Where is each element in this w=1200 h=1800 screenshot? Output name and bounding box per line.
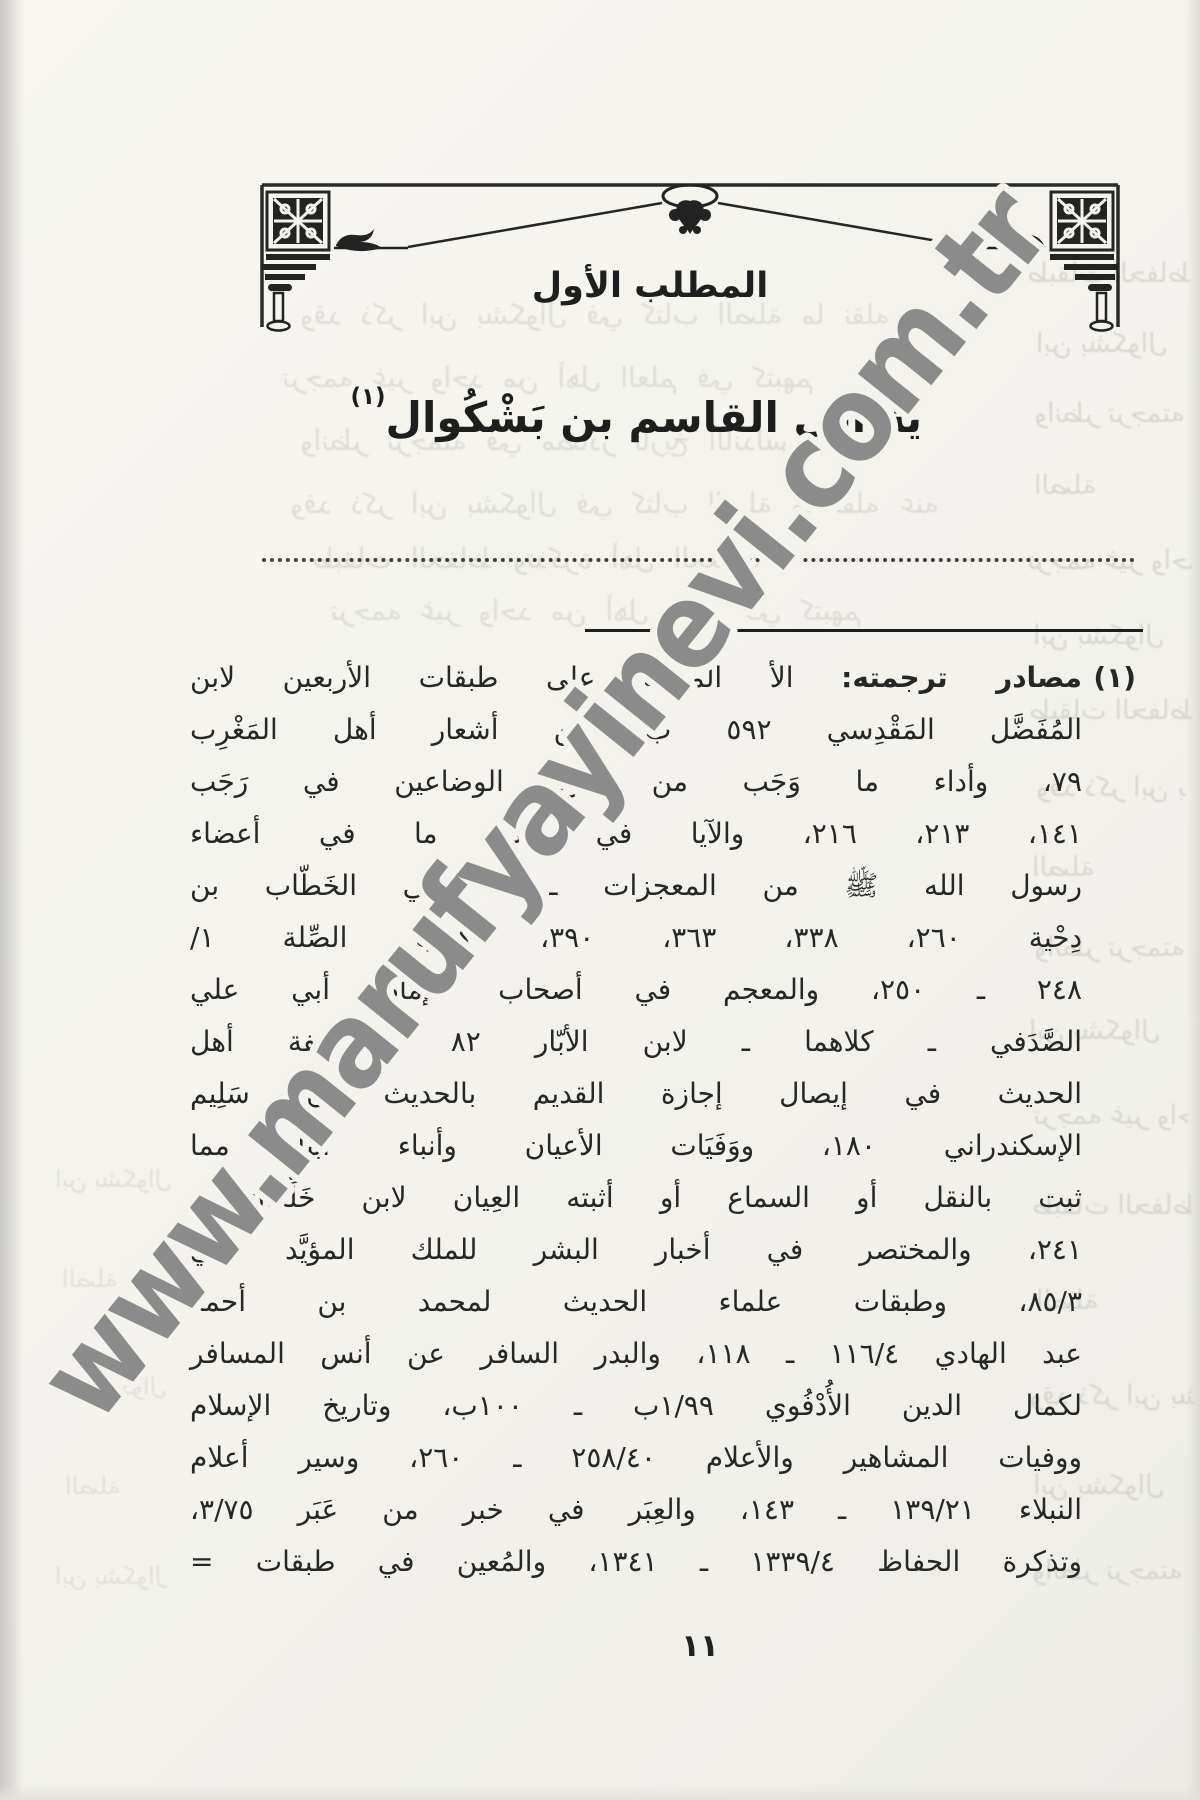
bleed-ghost-text: الصلة <box>1034 470 1184 501</box>
footnote-line: دِحْية ٢٦٠، ٣٣٨، ٣٦٣، ٣٩٠، كتاب الصِّلة … <box>190 912 1082 964</box>
footnote-line: ٢٤٨ ـ ٢٥٠، والمعجم في أصحاب الإمام أبي ع… <box>190 964 1082 1016</box>
footnote-line: رسول الله ﷺ من المعجزات ـ ـ لأبي الخَطّا… <box>190 860 1082 912</box>
footnote-line: الحديث في إيصال إجازة القديم بالحديث ن س… <box>190 1068 1082 1120</box>
scan-edge-left <box>0 0 24 1800</box>
bleed-ghost-text: الصلة <box>62 1265 167 1293</box>
footnote-line: المُفَضَّل المَقْدِسي ٥٩٢ ب من أشعار أهل… <box>190 704 1082 756</box>
footnote-marker: (١) <box>1093 652 1136 704</box>
header-ornament <box>250 175 1130 340</box>
footnote-line: وتذكرة الحفاظ ١٣٣٩/٤ ـ ١٣٤١، والمُعين في… <box>190 1536 1082 1588</box>
footnote-line: النبلاء ١٣٩/٢١ ـ ١٤٣، والعِبَر في خبر من… <box>190 1484 1082 1536</box>
chapter-title: المطلب الأول <box>300 266 1000 306</box>
bleed-ghost-text: ابن بشكوال <box>50 1372 168 1400</box>
footnote-lead: مصادر ترجمته: <box>841 661 1082 694</box>
subtitle-text: ية أبي القاسم بن بَشْكُوال <box>386 393 922 442</box>
footnote-line: لكمال الدين الأُدْفُوي ١/٩٩ب ـ ١٠٠ب، وتا… <box>190 1380 1082 1432</box>
footnote-line: عبد الهادي ١١٦/٤ ـ ١١٨، والبدر السافر عن… <box>190 1328 1082 1380</box>
ornament-corner-right <box>972 185 1118 331</box>
footnote-block: (١)مصادر ترجمته: الأ المرتبة على طبقات ا… <box>190 652 1082 1588</box>
footnote-line: ووفيات المشاهير والأعلام ٢٥٨/٤٠ ـ ٢٦٠، و… <box>190 1432 1082 1484</box>
footnote-line: ٧٩، وأداء ما وَجَب من ضع الوضاعين في رَج… <box>190 756 1082 808</box>
bleed-ghost-text: ابن بشكوال <box>1033 620 1188 651</box>
footnote-line: الإسكندراني ١٨٠، ووَفَيَات الأعيان وأنبا… <box>190 1120 1082 1172</box>
ornament-corner-left <box>262 185 408 331</box>
footnote-separator-rule <box>585 629 1143 632</box>
bleed-ghost-text: الصلة <box>65 1472 167 1500</box>
scan-edge-right <box>1186 0 1200 1800</box>
bleed-ghost-text: وانظر ترجمته في مصادر تاريخ الأندلس <box>1034 398 1194 429</box>
bleed-ghost-text: ترجمه غير واحد من أهل العلم في كتبهم <box>330 594 890 627</box>
bleed-ghost-text: ابن بشكوال <box>55 1165 170 1193</box>
footnote-line: ١٤١، ٢١٣، ٢١٦، والآيا في ذكر ما في أعضاء <box>190 808 1082 860</box>
scanned-book-page: وقد ذكر ابن بشكوال في كتاب الصلة ما نقله… <box>0 0 1200 1800</box>
footnote-line: ٨٥/٣، وطبقات علماء الحديث لمحمد بن أحمد <box>190 1276 1082 1328</box>
dotted-separator <box>262 558 1135 562</box>
page-number: ١١ <box>655 1628 745 1664</box>
subtitle-footnote-ref: (١) <box>350 384 385 410</box>
footnote-line: الصَّدَفي ـ كلاهما ـ لابن الأبّار ٨٢ ـ ح… <box>190 1016 1082 1068</box>
footnote-line: ٢٤١، والمختصر في أخبار البشر للملك المؤي… <box>190 1224 1082 1276</box>
ornament-center-motif <box>663 185 717 234</box>
bleed-ghost-text: وقد ذكر ابن بشكوال في كتاب الصلة ما نقله… <box>290 487 980 520</box>
footnote-line-text: الأ المرتبة على طبقات الأربعين لابن <box>190 661 794 694</box>
footnote-line: ثبت بالنقل أو السماع أو أثبته العِيان لا… <box>190 1172 1082 1224</box>
footnote-line: (١)مصادر ترجمته: الأ المرتبة على طبقات ا… <box>190 652 1082 704</box>
bleed-ghost-text: ابن بشكوال <box>55 1562 167 1590</box>
scan-edge-bottom <box>0 1784 1200 1800</box>
page-subtitle: ية أبي القاسم بن بَشْكُوال(١) <box>350 370 922 445</box>
